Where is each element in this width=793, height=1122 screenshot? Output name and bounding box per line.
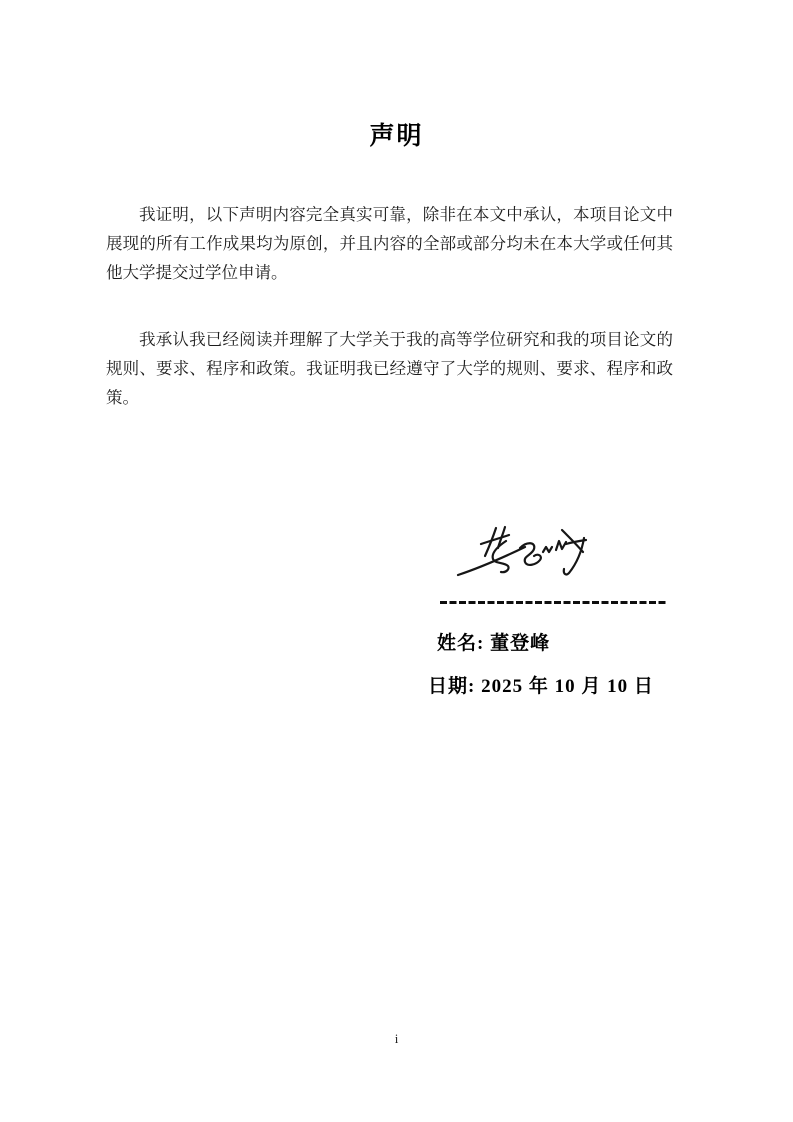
- signature-date-label: 日期: 2025 年 10 月 10 日: [428, 675, 654, 699]
- signer-name-label: 姓名: 董登峰: [437, 632, 550, 656]
- signature-dashed-line: [440, 601, 667, 604]
- declaration-paragraph-2: 我承认我已经阅读并理解了大学关于我的高等学位研究和我的项目论文的规则、要求、程序…: [106, 325, 673, 412]
- declaration-page: 声明 我证明，以下声明内容完全真实可靠，除非在本文中承认，本项目论文中展现的所有…: [0, 0, 793, 1122]
- declaration-paragraph-1: 我证明，以下声明内容完全真实可靠，除非在本文中承认，本项目论文中展现的所有工作成…: [106, 200, 673, 287]
- page-number: i: [0, 1031, 793, 1047]
- page-title: 声明: [0, 121, 793, 153]
- handwritten-signature-icon: [448, 511, 598, 596]
